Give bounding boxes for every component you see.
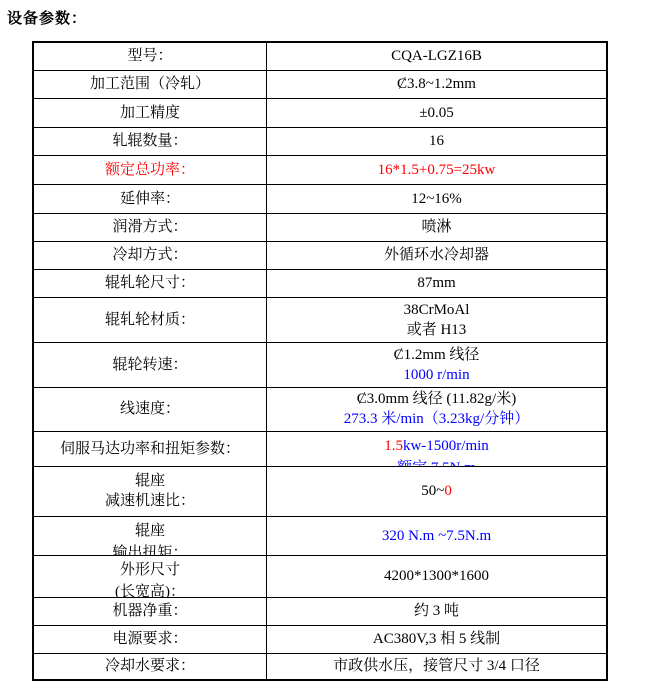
- cell-text-segment: 冷却水要求：: [105, 658, 195, 674]
- cell-text-segment: 16: [429, 133, 444, 149]
- cell-text-segment: 辊轧轮尺寸：: [105, 275, 195, 291]
- param-value-cell: 320 N.m ~7.5N.m: [267, 516, 608, 555]
- cell-text-segment: Ȼ3.0mm 线径 (11.82g/米): [357, 391, 516, 407]
- cell-text-segment: 87mm: [417, 275, 455, 291]
- table-row: 型号：CQA-LGZ16B: [33, 42, 607, 70]
- cell-text-segment: 冷却方式：: [112, 247, 187, 263]
- param-name-cell: 辊座输出扭矩：: [33, 516, 267, 555]
- cell-text-line: 外循环水冷却器: [267, 245, 606, 265]
- cell-text-segment: (长宽高)：: [115, 584, 185, 597]
- param-name-cell: 线速度：: [33, 387, 267, 431]
- cell-text-line: 轧辊数量：: [34, 131, 266, 151]
- cell-text-line: ±0.05: [267, 103, 606, 123]
- cell-text-segment: 辊轧轮材质：: [105, 312, 195, 328]
- table-row: 冷却方式：外循环水冷却器: [33, 241, 607, 269]
- table-row: 轧辊数量：16: [33, 127, 607, 155]
- cell-text-line: 电源要求：: [34, 629, 266, 649]
- table-row: 额定总功率：16*1.5+0.75=25kw: [33, 155, 607, 184]
- table-row: 辊轮转速：Ȼ1.2mm 线径1000 r/min: [33, 342, 607, 387]
- cell-text-segment: 电源要求：: [112, 631, 187, 647]
- param-value-cell: 38CrMoAl或者 H13: [267, 297, 608, 342]
- param-name-cell: 额定总功率：: [33, 155, 267, 184]
- cell-text-line: 或者 H13: [267, 320, 606, 340]
- cell-text-segment: 0: [444, 483, 452, 499]
- cell-text-line: (长宽高)：: [34, 581, 266, 597]
- cell-text-segment: CQA-LGZ16B: [391, 48, 482, 64]
- cell-text-line: 外形尺寸: [34, 559, 266, 581]
- param-value-cell: Ȼ1.2mm 线径1000 r/min: [267, 342, 608, 387]
- cell-text-segment: 1.5: [384, 438, 403, 454]
- table-row: 润滑方式：喷淋: [33, 213, 607, 241]
- cell-text-line: 机器净重：: [34, 601, 266, 621]
- cell-text-segment: ±0.05: [419, 105, 453, 121]
- cell-text-segment: 辊座: [135, 473, 165, 489]
- table-row: 外形尺寸(长宽高)：4200*1300*1600: [33, 555, 607, 597]
- cell-text-segment: 润滑方式：: [112, 219, 187, 235]
- cell-text-segment: 38CrMoAl: [404, 302, 470, 318]
- cell-text-segment: 延伸率：: [120, 191, 180, 207]
- param-value-cell: 市政供水压，接管尺寸 3/4 口径: [267, 653, 608, 680]
- param-name-cell: 型号：: [33, 42, 267, 70]
- param-value-cell: 4200*1300*1600: [267, 555, 608, 597]
- cell-text-line: 辊座: [34, 471, 266, 491]
- cell-text-line: 辊轮转速：: [34, 355, 266, 375]
- param-name-cell: 辊轧轮尺寸：: [33, 269, 267, 297]
- param-name-cell: 伺服马达功率和扭矩参数：: [33, 431, 267, 466]
- cell-text-line: 4200*1300*1600: [267, 566, 606, 586]
- param-value-cell: 外循环水冷却器: [267, 241, 608, 269]
- cell-text-line: 辊轧轮尺寸：: [34, 273, 266, 293]
- cell-text-segment: 线速度：: [120, 401, 180, 417]
- cell-text-segment: 320 N.m ~7.5N.m: [382, 528, 491, 544]
- cell-text-line: 50~0: [267, 481, 606, 501]
- param-value-cell: 1.5kw-1500r/min额定 7.5N.m: [267, 431, 608, 466]
- table-row: 辊轧轮尺寸：87mm: [33, 269, 607, 297]
- cell-text-line: 16: [267, 131, 606, 151]
- cell-text-segment: 喷淋: [421, 219, 451, 235]
- cell-text-line: 约 3 吨: [267, 601, 606, 621]
- param-value-cell: 约 3 吨: [267, 597, 608, 625]
- cell-text-line: AC380V,3 相 5 线制: [267, 629, 606, 649]
- cell-text-line: 320 N.m ~7.5N.m: [267, 526, 606, 546]
- param-name-cell: 润滑方式：: [33, 213, 267, 241]
- cell-text-segment: 1000 r/min: [403, 367, 469, 383]
- cell-text-segment: 辊座: [135, 523, 165, 539]
- param-name-cell: 加工精度: [33, 98, 267, 127]
- table-row: 机器净重：约 3 吨: [33, 597, 607, 625]
- cell-text-line: 辊座: [34, 520, 266, 542]
- cell-text-line: Ȼ3.8~1.2mm: [267, 74, 606, 94]
- param-name-cell: 加工范围（冷轧）: [33, 70, 267, 98]
- param-value-cell: Ȼ3.8~1.2mm: [267, 70, 608, 98]
- cell-text-segment: 约 3 吨: [414, 603, 459, 619]
- cell-text-segment: 输出扭矩：: [112, 545, 187, 555]
- cell-text-line: 加工范围（冷轧）: [34, 74, 266, 94]
- param-value-cell: 12~16%: [267, 184, 608, 213]
- param-value-cell: AC380V,3 相 5 线制: [267, 625, 608, 653]
- cell-text-segment: 额定 7.5N.m: [397, 460, 476, 466]
- cell-text-line: 额定 7.5N.m: [267, 457, 606, 466]
- cell-text-segment: 12~16%: [411, 191, 462, 207]
- param-name-cell: 辊座减速机速比：: [33, 466, 267, 516]
- param-name-cell: 外形尺寸(长宽高)：: [33, 555, 267, 597]
- param-value-cell: Ȼ3.0mm 线径 (11.82g/米)273.3 米/min（3.23kg/分…: [267, 387, 608, 431]
- param-value-cell: 16*1.5+0.75=25kw: [267, 155, 608, 184]
- cell-text-line: 冷却水要求：: [34, 656, 266, 676]
- table-row: 辊轧轮材质：38CrMoAl或者 H13: [33, 297, 607, 342]
- cell-text-line: 额定总功率：: [34, 160, 266, 180]
- cell-text-segment: 伺服马达功率和扭矩参数：: [60, 441, 240, 457]
- table-row: 辊座输出扭矩：320 N.m ~7.5N.m: [33, 516, 607, 555]
- param-name-cell: 辊轧轮材质：: [33, 297, 267, 342]
- cell-text-line: 润滑方式：: [34, 217, 266, 237]
- cell-text-segment: 外循环水冷却器: [384, 247, 489, 263]
- param-name-cell: 冷却方式：: [33, 241, 267, 269]
- table-row: 延伸率：12~16%: [33, 184, 607, 213]
- cell-text-segment: kw-1500r/min: [403, 438, 489, 454]
- cell-text-segment: 16*1.5+0.75=25kw: [378, 162, 496, 178]
- page-title: 设备参数：: [7, 7, 87, 28]
- cell-text-line: Ȼ3.0mm 线径 (11.82g/米): [267, 389, 606, 409]
- cell-text-line: 线速度：: [34, 399, 266, 419]
- cell-text-line: 伺服马达功率和扭矩参数：: [34, 439, 266, 459]
- param-name-cell: 冷却水要求：: [33, 653, 267, 680]
- cell-text-segment: 273.3 米/min（3.23kg/分钟）: [344, 411, 529, 427]
- cell-text-segment: 额定总功率：: [105, 162, 195, 178]
- cell-text-line: 市政供水压，接管尺寸 3/4 口径: [267, 656, 606, 676]
- cell-text-line: 减速机速比：: [34, 491, 266, 511]
- param-value-cell: 87mm: [267, 269, 608, 297]
- cell-text-line: CQA-LGZ16B: [267, 46, 606, 66]
- cell-text-segment: 4200*1300*1600: [384, 568, 489, 584]
- cell-text-segment: 辊轮转速：: [112, 357, 187, 373]
- table-row: 线速度：Ȼ3.0mm 线径 (11.82g/米)273.3 米/min（3.23…: [33, 387, 607, 431]
- param-name-cell: 电源要求：: [33, 625, 267, 653]
- cell-text-line: 12~16%: [267, 189, 606, 209]
- cell-text-line: 38CrMoAl: [267, 300, 606, 320]
- table-row: 加工精度±0.05: [33, 98, 607, 127]
- equipment-parameter-table: 型号：CQA-LGZ16B加工范围（冷轧）Ȼ3.8~1.2mm加工精度±0.05…: [32, 41, 608, 681]
- cell-text-segment: 50~: [421, 483, 444, 499]
- param-name-cell: 延伸率：: [33, 184, 267, 213]
- cell-text-segment: 机器净重：: [112, 603, 187, 619]
- cell-text-line: 273.3 米/min（3.23kg/分钟）: [267, 409, 606, 429]
- cell-text-segment: 加工范围（冷轧）: [90, 76, 210, 92]
- cell-text-line: 16*1.5+0.75=25kw: [267, 160, 606, 180]
- cell-text-line: 1000 r/min: [267, 365, 606, 385]
- param-name-cell: 轧辊数量：: [33, 127, 267, 155]
- cell-text-segment: AC380V,3 相 5 线制: [373, 631, 500, 647]
- cell-text-segment: 外形尺寸: [120, 562, 180, 578]
- param-value-cell: 喷淋: [267, 213, 608, 241]
- param-value-cell: 50~0: [267, 466, 608, 516]
- cell-text-segment: 轧辊数量：: [112, 133, 187, 149]
- parameter-table-body: 型号：CQA-LGZ16B加工范围（冷轧）Ȼ3.8~1.2mm加工精度±0.05…: [33, 42, 607, 680]
- cell-text-line: 型号：: [34, 46, 266, 66]
- cell-text-line: 冷却方式：: [34, 245, 266, 265]
- cell-text-line: 延伸率：: [34, 189, 266, 209]
- cell-text-line: 喷淋: [267, 217, 606, 237]
- cell-text-segment: 减速机速比：: [105, 493, 195, 509]
- table-row: 电源要求：AC380V,3 相 5 线制: [33, 625, 607, 653]
- param-value-cell: 16: [267, 127, 608, 155]
- cell-text-line: 输出扭矩：: [34, 542, 266, 555]
- param-name-cell: 辊轮转速：: [33, 342, 267, 387]
- cell-text-line: Ȼ1.2mm 线径: [267, 345, 606, 365]
- cell-text-line: 辊轧轮材质：: [34, 310, 266, 330]
- table-row: 加工范围（冷轧）Ȼ3.8~1.2mm: [33, 70, 607, 98]
- cell-text-segment: 市政供水压，接管尺寸 3/4 口径: [333, 658, 540, 674]
- cell-text-segment: Ȼ1.2mm 线径: [394, 347, 480, 363]
- param-value-cell: ±0.05: [267, 98, 608, 127]
- param-name-cell: 机器净重：: [33, 597, 267, 625]
- cell-text-segment: Ȼ3.8~1.2mm: [397, 76, 476, 92]
- cell-text-line: 加工精度: [34, 103, 266, 123]
- cell-text-line: 87mm: [267, 273, 606, 293]
- cell-text-segment: 或者 H13: [407, 322, 467, 338]
- cell-text-segment: 型号：: [127, 48, 172, 64]
- document-page: 设备参数： 型号：CQA-LGZ16B加工范围（冷轧）Ȼ3.8~1.2mm加工精…: [0, 0, 663, 684]
- table-row: 伺服马达功率和扭矩参数：1.5kw-1500r/min额定 7.5N.m: [33, 431, 607, 466]
- table-row: 冷却水要求：市政供水压，接管尺寸 3/4 口径: [33, 653, 607, 680]
- cell-text-segment: 加工精度: [120, 105, 180, 121]
- param-value-cell: CQA-LGZ16B: [267, 42, 608, 70]
- table-row: 辊座减速机速比：50~0: [33, 466, 607, 516]
- cell-text-line: 1.5kw-1500r/min: [267, 435, 606, 457]
